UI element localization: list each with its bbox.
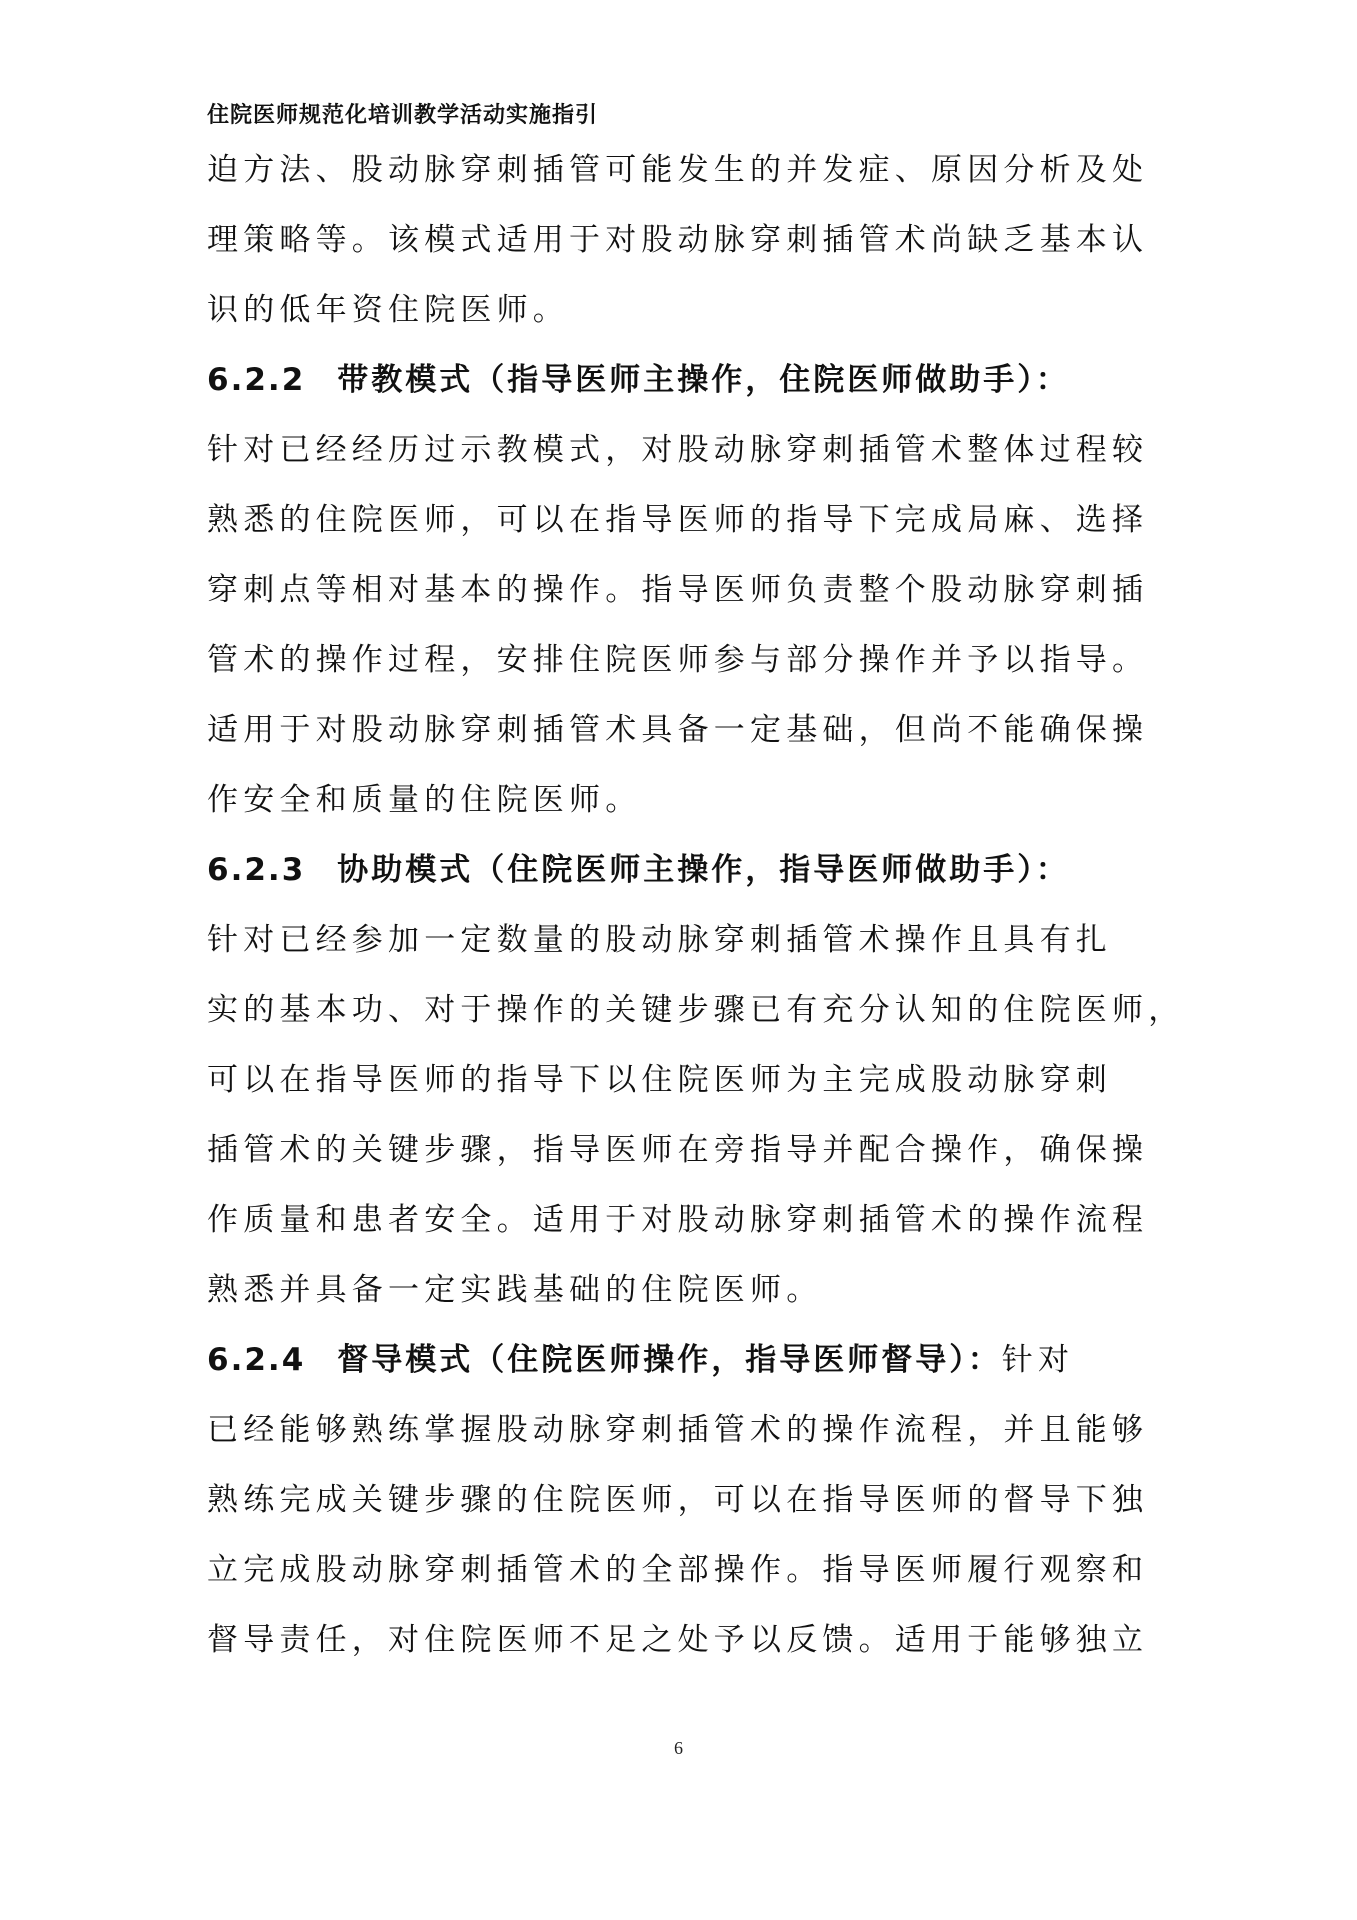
paragraph-line: 熟练完成关键步骤的住院医师，可以在指导医师的督导下独 bbox=[207, 1465, 1157, 1535]
paragraph-line: 熟悉并具备一定实践基础的住院医师。 bbox=[207, 1255, 1157, 1325]
section-number: 6.2.2 bbox=[207, 362, 305, 398]
paragraph-line: 针对已经经历过示教模式，对股动脉穿刺插管术整体过程较 bbox=[207, 415, 1157, 485]
section-heading-6-2-2: 6.2.2带教模式（指导医师主操作，住院医师做助手）： bbox=[207, 345, 1157, 415]
section-number: 6.2.4 bbox=[207, 1342, 305, 1378]
paragraph-line: 督导责任，对住院医师不足之处予以反馈。适用于能够独立 bbox=[207, 1605, 1157, 1675]
paragraph-line: 理策略等。该模式适用于对股动脉穿刺插管术尚缺乏基本认 bbox=[207, 205, 1157, 275]
section-title: 带教模式（指导医师主操作，住院医师做助手）： bbox=[337, 362, 1070, 398]
section-title: 督导模式（住院医师操作，指导医师督导）： bbox=[337, 1342, 1002, 1378]
page-number: 6 bbox=[0, 1738, 1357, 1759]
running-header: 住院医师规范化培训教学活动实施指引 bbox=[207, 98, 598, 129]
section-number: 6.2.3 bbox=[207, 852, 305, 888]
paragraph-line: 熟悉的住院医师，可以在指导医师的指导下完成局麻、选择 bbox=[207, 485, 1157, 555]
section-heading-6-2-3: 6.2.3协助模式（住院医师主操作，指导医师做助手）： bbox=[207, 835, 1157, 905]
section-title-tail: 针对 bbox=[1002, 1342, 1074, 1378]
section-title: 协助模式（住院医师主操作，指导医师做助手）： bbox=[337, 852, 1070, 888]
paragraph-line: 已经能够熟练掌握股动脉穿刺插管术的操作流程，并且能够 bbox=[207, 1395, 1157, 1465]
document-page: 住院医师规范化培训教学活动实施指引 迫方法、股动脉穿刺插管可能发生的并发症、原因… bbox=[0, 0, 1357, 1920]
paragraph-line: 识的低年资住院医师。 bbox=[207, 275, 1157, 345]
paragraph-line: 可以在指导医师的指导下以住院医师为主完成股动脉穿刺 bbox=[207, 1045, 1157, 1115]
paragraph-line: 迫方法、股动脉穿刺插管可能发生的并发症、原因分析及处 bbox=[207, 135, 1157, 205]
paragraph-line: 穿刺点等相对基本的操作。指导医师负责整个股动脉穿刺插 bbox=[207, 555, 1157, 625]
paragraph-line: 插管术的关键步骤，指导医师在旁指导并配合操作，确保操 bbox=[207, 1115, 1157, 1185]
paragraph-line: 作安全和质量的住院医师。 bbox=[207, 765, 1157, 835]
paragraph-line: 作质量和患者安全。适用于对股动脉穿刺插管术的操作流程 bbox=[207, 1185, 1157, 1255]
paragraph-line: 适用于对股动脉穿刺插管术具备一定基础，但尚不能确保操 bbox=[207, 695, 1157, 765]
paragraph-line: 立完成股动脉穿刺插管术的全部操作。指导医师履行观察和 bbox=[207, 1535, 1157, 1605]
paragraph-line: 实的基本功、对于操作的关键步骤已有充分认知的住院医师， bbox=[207, 975, 1157, 1045]
page-body: 迫方法、股动脉穿刺插管可能发生的并发症、原因分析及处 理策略等。该模式适用于对股… bbox=[207, 135, 1157, 1675]
paragraph-line: 管术的操作过程，安排住院医师参与部分操作并予以指导。 bbox=[207, 625, 1157, 695]
paragraph-line: 针对已经参加一定数量的股动脉穿刺插管术操作且具有扎 bbox=[207, 905, 1157, 975]
section-heading-6-2-4: 6.2.4督导模式（住院医师操作，指导医师督导）：针对 bbox=[207, 1325, 1157, 1395]
